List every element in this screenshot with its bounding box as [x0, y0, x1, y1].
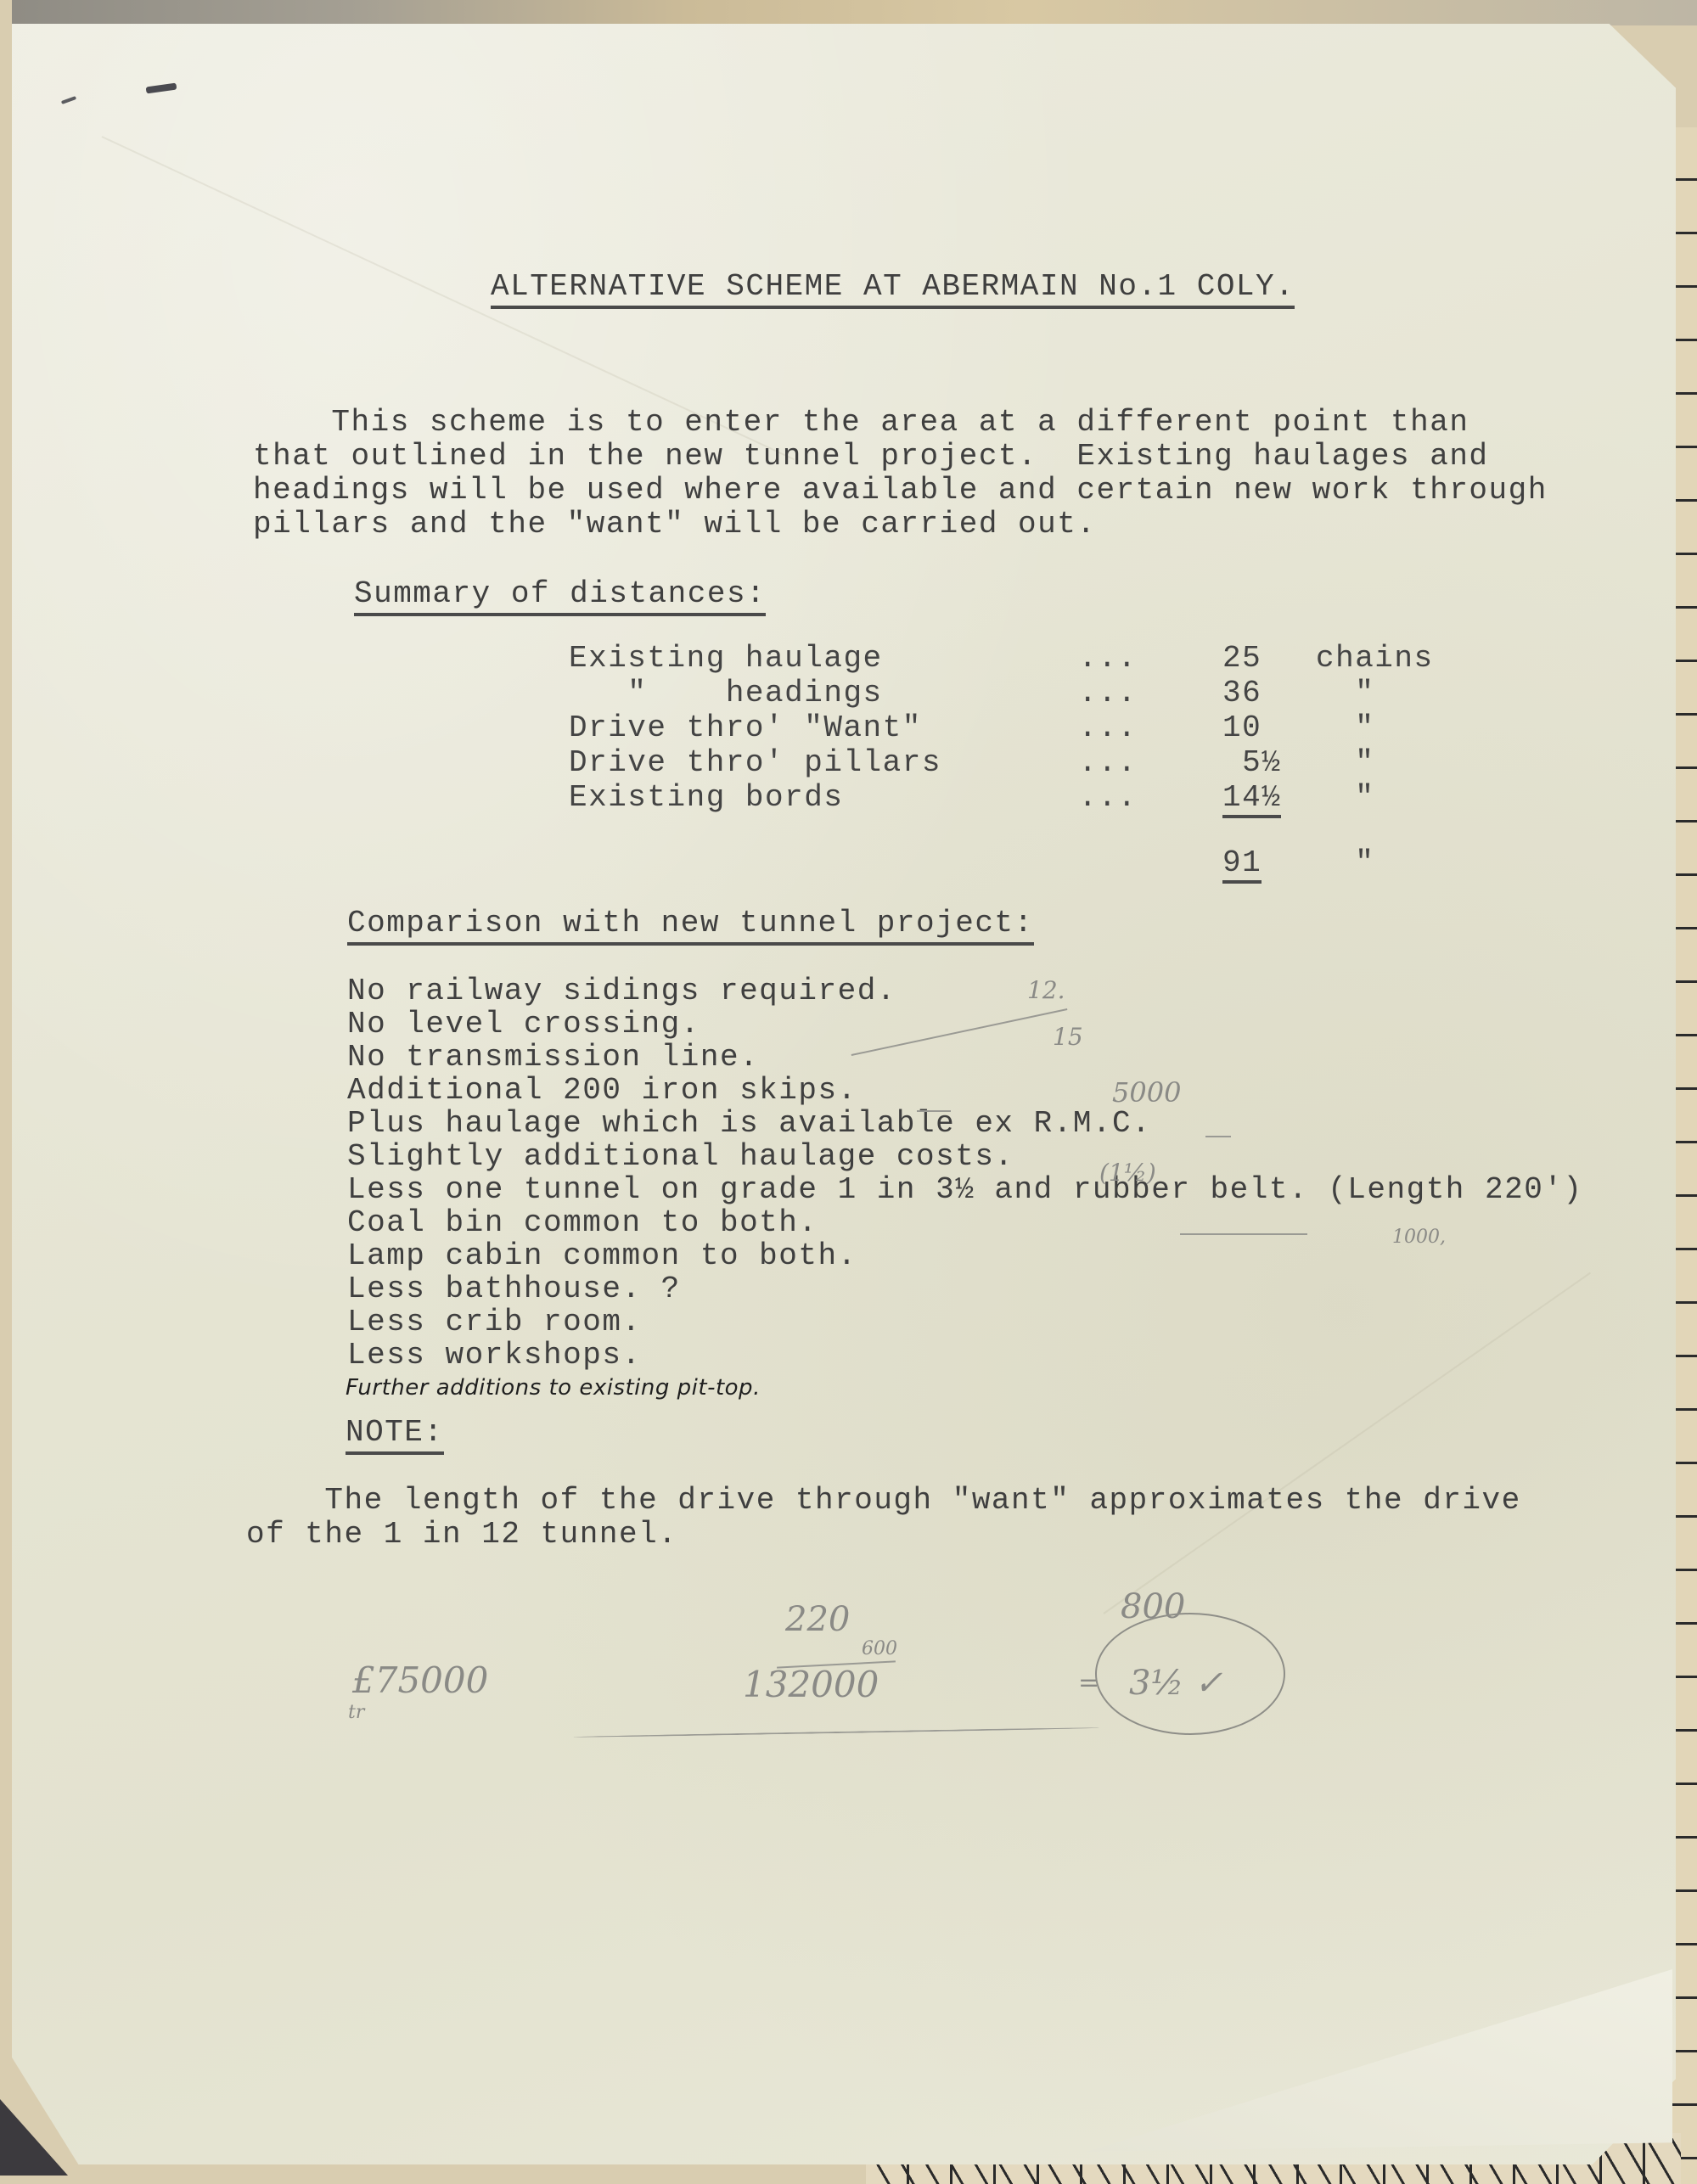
row-label: " headings	[569, 676, 1010, 710]
list-item: Plus haulage which is available ex R.M.C…	[347, 1107, 1583, 1140]
total-value: 91	[1205, 815, 1316, 880]
summary-heading: Summary of distances:	[354, 577, 766, 611]
list-item: No level crossing.	[347, 1008, 1583, 1041]
table-row: Drive thro' pillars ... 5½ "	[569, 745, 1477, 780]
list-item: Less one tunnel on grade 1 in 3½ and rub…	[347, 1173, 1583, 1206]
pencil-calc-amount: £75000	[352, 1659, 488, 1701]
comparison-heading: Comparison with new tunnel project:	[347, 907, 1034, 940]
backing-top-edge	[12, 0, 1697, 25]
row-leader: ...	[1010, 641, 1205, 676]
row-unit: chains	[1316, 641, 1477, 676]
row-value: 36	[1205, 676, 1316, 710]
row-leader: ...	[1010, 780, 1205, 815]
intro-line: pillars and the "want" will be carried o…	[253, 508, 1548, 542]
total-value-text: 91	[1222, 845, 1262, 884]
row-leader: ...	[1010, 745, 1205, 780]
pencil-calc-note: tr	[348, 1702, 364, 1723]
note-line: of the 1 in 12 tunnel.	[246, 1518, 1521, 1552]
intro-line: This scheme is to enter the area at a di…	[253, 406, 1548, 440]
pencil-stroke	[1205, 1136, 1231, 1137]
comparison-list: No railway sidings required.No level cro…	[347, 974, 1583, 1372]
total-spacer	[569, 815, 1010, 880]
row-value: 10	[1205, 710, 1316, 745]
pencil-annotation: 5000	[1112, 1076, 1181, 1109]
list-item: No railway sidings required.	[347, 974, 1583, 1008]
pencil-stroke	[1180, 1233, 1307, 1235]
row-label: Drive thro' "Want"	[569, 710, 1010, 745]
row-unit: "	[1316, 745, 1477, 780]
pencil-annotation: 15	[1053, 1023, 1083, 1051]
row-unit: "	[1316, 676, 1477, 710]
row-value-text: 14½	[1222, 780, 1281, 818]
pencil-annotation: 12.	[1027, 976, 1065, 1004]
pencil-annotation: 1000,	[1392, 1227, 1446, 1248]
document-title: ALTERNATIVE SCHEME AT ABERMAIN No.1 COLY…	[491, 270, 1295, 309]
distance-summary-table: Existing haulage ... 25 chains " heading…	[569, 641, 1477, 880]
list-item: Less crib room.	[347, 1305, 1583, 1339]
note-body: The length of the drive through "want" a…	[246, 1484, 1521, 1552]
row-value: 14½	[1205, 780, 1316, 815]
intro-line: that outlined in the new tunnel project.…	[253, 440, 1548, 474]
row-unit: "	[1316, 710, 1477, 745]
note-heading: NOTE:	[346, 1416, 444, 1450]
note-line: The length of the drive through "want" a…	[246, 1484, 1521, 1518]
list-item: No transmission line.	[347, 1041, 1583, 1074]
pencil-stroke	[917, 1110, 951, 1112]
total-unit: "	[1316, 815, 1477, 880]
comparison-heading-text: Comparison with new tunnel project:	[347, 906, 1034, 946]
note-heading-text: NOTE:	[346, 1415, 444, 1455]
intro-paragraph: This scheme is to enter the area at a di…	[253, 406, 1548, 542]
pencil-calc-note: 600	[862, 1638, 897, 1659]
list-item: Additional 200 iron skips.	[347, 1074, 1583, 1107]
row-leader: ...	[1010, 710, 1205, 745]
table-row: Existing haulage ... 25 chains	[569, 641, 1477, 676]
table-row: Drive thro' "Want" ... 10 "	[569, 710, 1477, 745]
pencil-calc-numerator: 220	[785, 1600, 850, 1639]
total-row: 91 "	[569, 815, 1477, 880]
table-row: Existing bords ... 14½ "	[569, 780, 1477, 815]
table-row: " headings ... 36 "	[569, 676, 1477, 710]
total-spacer	[1010, 815, 1205, 880]
row-label: Drive thro' pillars	[569, 745, 1010, 780]
intro-line: headings will be used where available an…	[253, 474, 1548, 508]
pencil-annotation: (1½)	[1099, 1159, 1156, 1187]
list-item: Less bathhouse. ?	[347, 1272, 1583, 1305]
handwritten-addition: Further additions to existing pit-top.	[346, 1375, 761, 1401]
row-leader: ...	[1010, 676, 1205, 710]
row-value: 5½	[1205, 745, 1316, 780]
pencil-circle	[1095, 1613, 1285, 1735]
row-value: 25	[1205, 641, 1316, 676]
list-item: Less workshops.	[347, 1339, 1583, 1372]
row-unit: "	[1316, 780, 1477, 815]
row-label: Existing haulage	[569, 641, 1010, 676]
pencil-calc-denominator: 132000	[743, 1664, 879, 1705]
list-item: Slightly additional haulage costs.	[347, 1140, 1583, 1173]
row-label: Existing bords	[569, 780, 1010, 815]
summary-heading-text: Summary of distances:	[354, 576, 766, 616]
